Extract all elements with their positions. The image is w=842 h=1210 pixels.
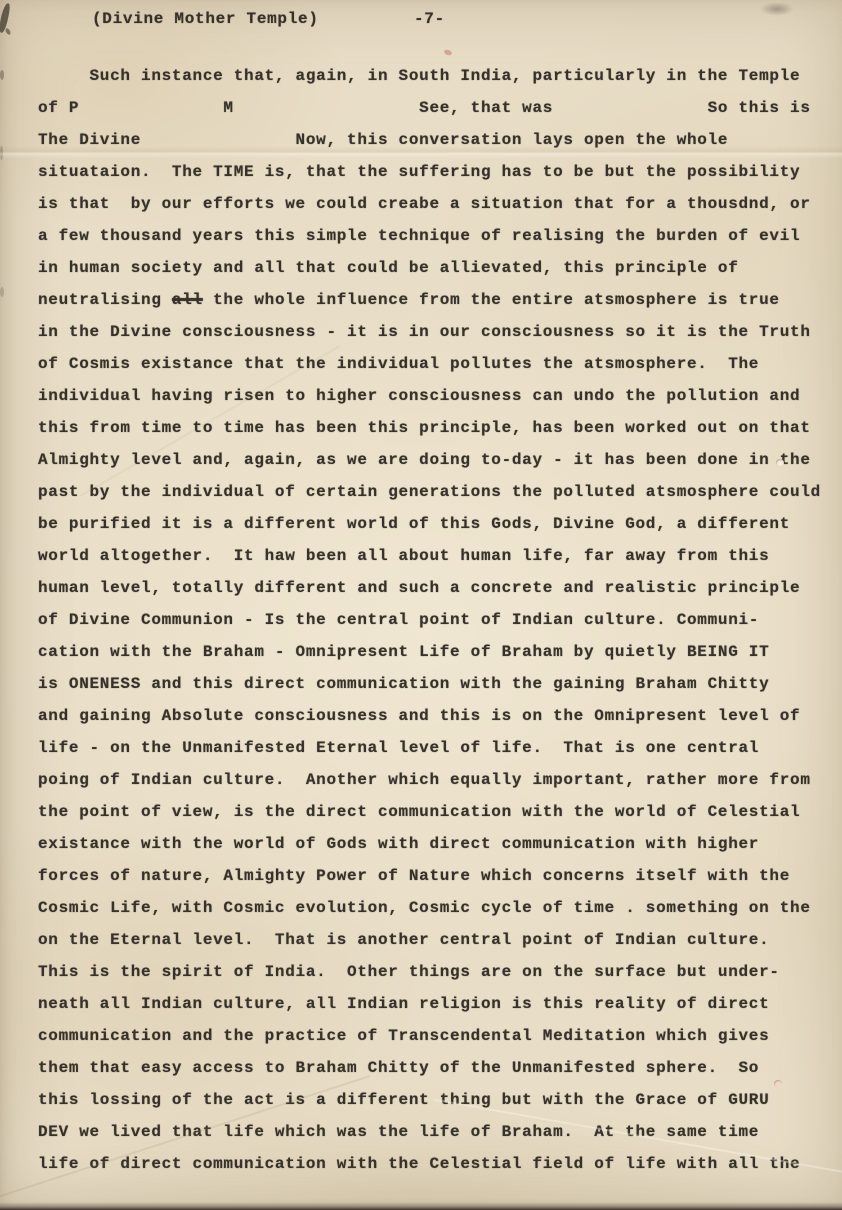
scan-bottom-edge: [0, 1202, 842, 1210]
text-line: forces of nature, Almighty Power of Natu…: [38, 860, 842, 892]
text-segment: The Divine Now, this conversation lays o…: [38, 131, 728, 149]
text-line: communication and the practice of Transc…: [38, 1020, 842, 1052]
text-segment: in human society and all that could be a…: [38, 259, 739, 277]
text-line: of Divine Communion - Is the central poi…: [38, 604, 842, 636]
struck-text: all: [172, 291, 203, 309]
ink-mark-top-left-2: [5, 27, 12, 35]
text-line: neath all Indian culture, all Indian rel…: [38, 988, 842, 1020]
text-segment: existance with the world of Gods with di…: [38, 835, 759, 853]
text-line: individual having risen to higher consci…: [38, 380, 842, 412]
text-segment: poing of Indian culture. Another which e…: [38, 771, 811, 789]
text-segment: human level, totally different and such …: [38, 579, 800, 597]
text-line: is that by our efforts we could creabe a…: [38, 188, 842, 220]
text-line: Such instance that, again, in South Indi…: [38, 60, 842, 92]
edge-mark-left-1: [0, 70, 4, 80]
text-segment: and gaining Absolute consciousness and t…: [38, 707, 800, 725]
text-segment: of Divine Communion - Is the central poi…: [38, 611, 759, 629]
text-line: on the Eternal level. That is another ce…: [38, 924, 842, 956]
text-segment: Such instance that, again, in South Indi…: [38, 67, 800, 85]
text-segment: this from time to time has been this pri…: [38, 419, 811, 437]
text-line: existance with the world of Gods with di…: [38, 828, 842, 860]
red-speck: [443, 49, 452, 56]
text-segment: situataion. The TIME is, that the suffer…: [38, 163, 800, 181]
text-segment: world altogether. It haw been all about …: [38, 547, 769, 565]
text-line: neutralising all the whole influence fro…: [38, 284, 842, 316]
text-segment: the point of view, is the direct communi…: [38, 803, 800, 821]
text-segment: is that by our efforts we could creabe a…: [38, 195, 811, 213]
ink-mark-top-left: [0, 3, 11, 34]
text-line: cation with the Braham - Omnipresent Lif…: [38, 636, 842, 668]
text-line: poing of Indian culture. Another which e…: [38, 764, 842, 796]
text-segment: of P M See, that was So this is: [38, 99, 811, 117]
text-line: them that easy access to Braham Chitty o…: [38, 1052, 842, 1084]
body-lines: Such instance that, again, in South Indi…: [38, 60, 842, 1180]
text-line: world altogether. It haw been all about …: [38, 540, 842, 572]
text-line: situataion. The TIME is, that the suffer…: [38, 156, 842, 188]
text-segment: is ONENESS and this direct communication…: [38, 675, 769, 693]
text-segment: neutralising: [38, 291, 172, 309]
text-line: this lossing of the act is a different t…: [38, 1084, 842, 1116]
text-line: The Divine Now, this conversation lays o…: [38, 124, 842, 156]
text-line: life - on the Unmanifested Eternal level…: [38, 732, 842, 764]
text-segment: DEV we lived that life which was the lif…: [38, 1123, 759, 1141]
text-segment: in the Divine consciousness - it is in o…: [38, 323, 811, 341]
text-segment: past by the individual of certain genera…: [38, 483, 821, 501]
text-line: of P M See, that was So this is: [38, 92, 842, 124]
smudge-top-right: [760, 2, 794, 16]
text-line: this from time to time has been this pri…: [38, 412, 842, 444]
text-segment: forces of nature, Almighty Power of Natu…: [38, 867, 790, 885]
text-segment: communication and the practice of Transc…: [38, 1027, 769, 1045]
text-segment: individual having risen to higher consci…: [38, 387, 800, 405]
text-segment: life of direct communication with the Ce…: [38, 1155, 800, 1173]
page-number: -7-: [414, 10, 445, 28]
text-segment: them that easy access to Braham Chitty o…: [38, 1059, 759, 1077]
text-segment: neath all Indian culture, all Indian rel…: [38, 995, 769, 1013]
text-segment: life - on the Unmanifested Eternal level…: [38, 739, 759, 757]
text-line: be purified it is a different world of t…: [38, 508, 842, 540]
text-line: and gaining Absolute consciousness and t…: [38, 700, 842, 732]
text-line: in human society and all that could be a…: [38, 252, 842, 284]
text-line: past by the individual of certain genera…: [38, 476, 842, 508]
text-segment: This is the spirit of India. Other thing…: [38, 963, 780, 981]
edge-mark-left-3: [0, 287, 4, 297]
text-segment: of Cosmis existance that the individual …: [38, 355, 759, 373]
text-segment: Cosmic Life, with Cosmic evolution, Cosm…: [38, 899, 811, 917]
text-line: is ONENESS and this direct communication…: [38, 668, 842, 700]
text-line: the point of view, is the direct communi…: [38, 796, 842, 828]
text-line: human level, totally different and such …: [38, 572, 842, 604]
text-line: of Cosmis existance that the individual …: [38, 348, 842, 380]
text-segment: on the Eternal level. That is another ce…: [38, 931, 769, 949]
text-segment: Almighty level and, again, as we are doi…: [38, 451, 811, 469]
text-segment: the whole influence from the entire atsm…: [203, 291, 780, 309]
text-line: life of direct communication with the Ce…: [38, 1148, 842, 1180]
text-line: DEV we lived that life which was the lif…: [38, 1116, 842, 1148]
text-segment: a few thousand years this simple techniq…: [38, 227, 800, 245]
text-segment: be purified it is a different world of t…: [38, 515, 790, 533]
text-segment: cation with the Braham - Omnipresent Lif…: [38, 643, 769, 661]
text-line: a few thousand years this simple techniq…: [38, 220, 842, 252]
typewritten-document-page: (Divine Mother Temple) -7- Such instance…: [0, 0, 842, 1210]
text-segment: this lossing of the act is a different t…: [38, 1091, 769, 1109]
text-line: Almighty level and, again, as we are doi…: [38, 444, 842, 476]
header-title: (Divine Mother Temple): [92, 10, 319, 28]
text-line: in the Divine consciousness - it is in o…: [38, 316, 842, 348]
edge-mark-left-2: [0, 146, 3, 160]
text-line: This is the spirit of India. Other thing…: [38, 956, 842, 988]
text-line: Cosmic Life, with Cosmic evolution, Cosm…: [38, 892, 842, 924]
